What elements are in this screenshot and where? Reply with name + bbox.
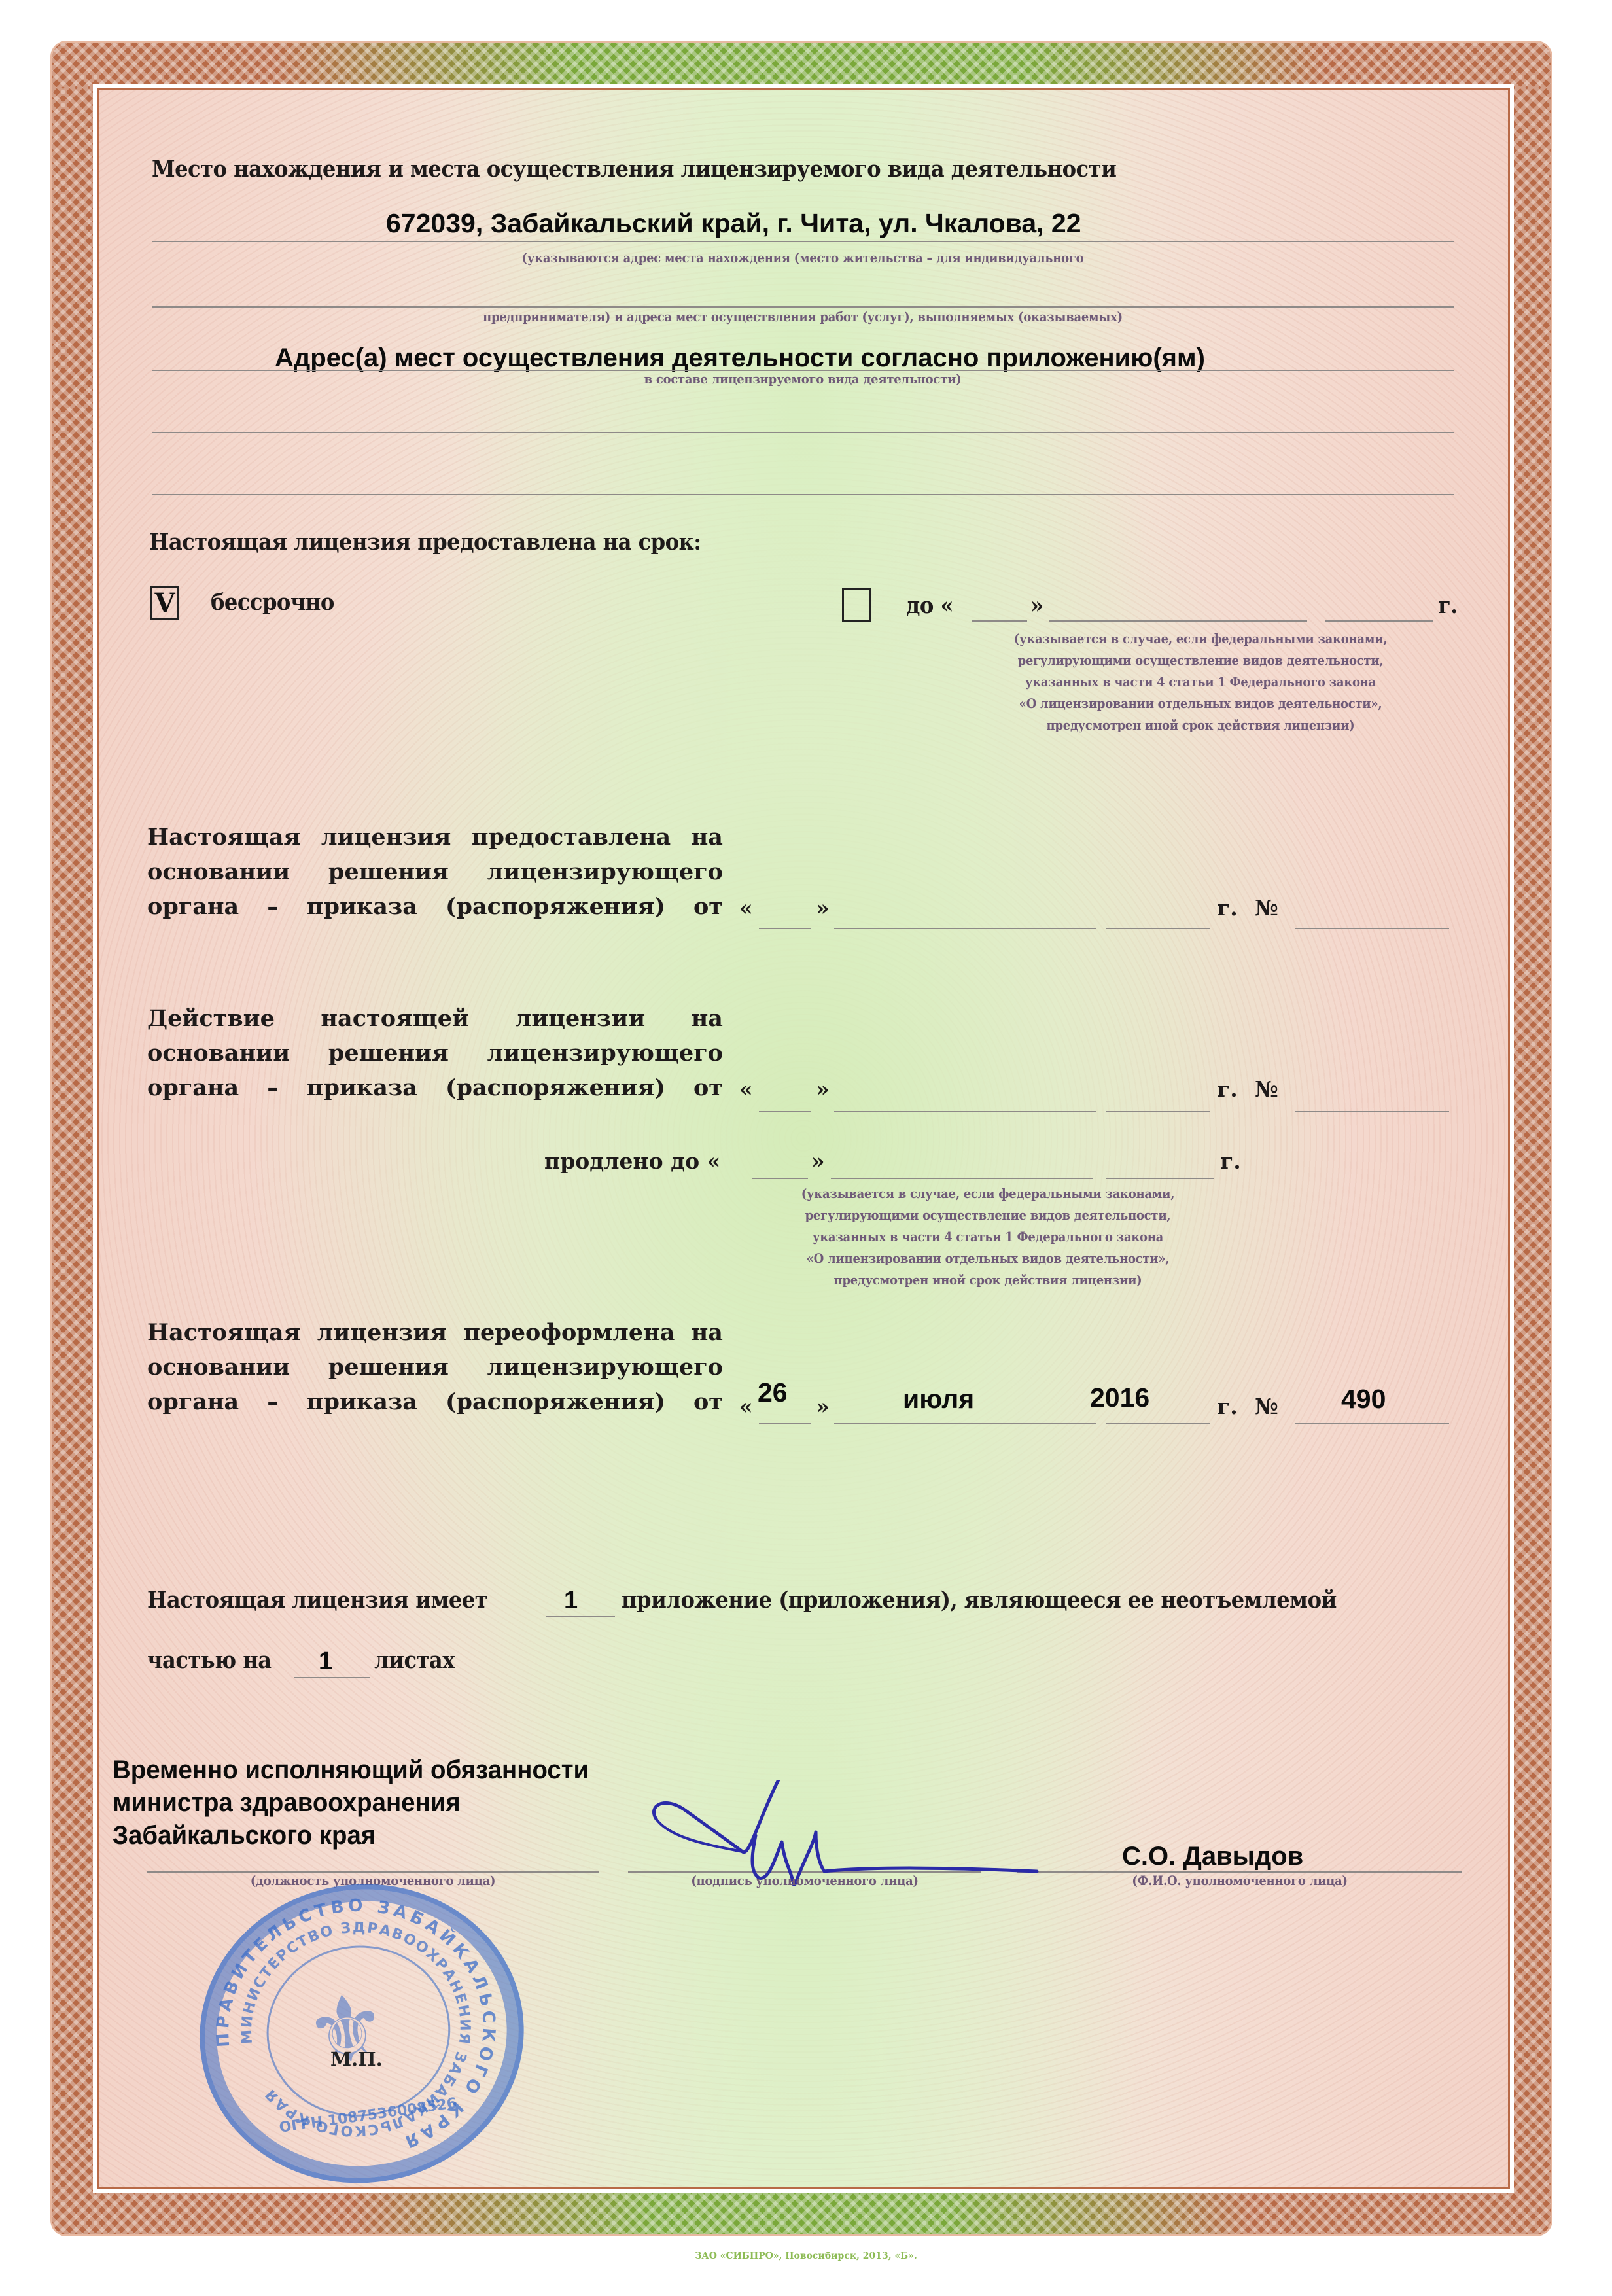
unlimited-checkbox[interactable]: V xyxy=(150,586,179,620)
extended-month-rule xyxy=(831,1178,1093,1179)
term-hint-line: предусмотрен иной срок действия лицензии… xyxy=(980,715,1422,736)
term-hint-line: (указывается в случае, если федеральными… xyxy=(980,628,1422,650)
extension-year-rule xyxy=(1106,1111,1210,1112)
extension-number-sign: № xyxy=(1255,1076,1278,1102)
extension-basis-line: органа – приказа (распоряжения) от xyxy=(147,1070,723,1105)
license-page: Место нахождения и места осуществления л… xyxy=(0,0,1612,2296)
sheet-count-rule xyxy=(294,1677,370,1678)
until-checkbox[interactable] xyxy=(842,588,871,622)
extended-day-rule xyxy=(752,1178,808,1179)
granted-year-rule xyxy=(1106,928,1210,929)
until-quote-close: » xyxy=(1030,592,1043,619)
until-day-rule xyxy=(972,620,1027,622)
until-year-rule xyxy=(1325,620,1433,622)
until-year-suffix: г. xyxy=(1438,592,1458,619)
extension-quote-close: » xyxy=(816,1076,830,1102)
appendix-line1-suffix: приложение (приложения), являющееся ее н… xyxy=(622,1587,1337,1614)
granted-basis-line: основании решения лицензирующего xyxy=(147,855,723,889)
term-hint: (указывается в случае, если федеральными… xyxy=(980,628,1422,736)
address-rule xyxy=(152,241,1454,242)
extended-quote-close: » xyxy=(811,1148,825,1174)
activity-hint: в составе лицензируемого вида деятельнос… xyxy=(217,368,1389,390)
reissue-number: 490 xyxy=(1341,1384,1386,1415)
appendix-line2-suffix: листах xyxy=(374,1647,455,1674)
granted-basis-label: Настоящая лицензия предоставлена на осно… xyxy=(147,820,723,924)
reissue-quote-open: « xyxy=(739,1394,753,1419)
extended-year-rule xyxy=(1106,1178,1214,1179)
reissue-basis-label: Настоящая лицензия переоформлена на осно… xyxy=(147,1315,723,1419)
sheet-count: 1 xyxy=(319,1648,332,1676)
extended-until-label: продлено до « xyxy=(544,1148,720,1174)
reissue-year: 2016 xyxy=(1090,1383,1149,1413)
address-hint-1: (указываются адрес места нахождения (мес… xyxy=(217,247,1389,269)
appendix-count: 1 xyxy=(564,1587,578,1615)
granted-number-sign: № xyxy=(1255,895,1278,921)
extension-basis-line: Действие настоящей лицензии на xyxy=(147,1001,723,1036)
printer-imprint: ЗАО «СИБПРО», Новосибирск, 2013, «Б». xyxy=(0,2251,1612,2261)
seal-label: М.П. xyxy=(330,2048,383,2070)
reissue-day: 26 xyxy=(758,1377,788,1408)
reissue-day-rule xyxy=(759,1423,811,1424)
term-hint-line: «О лицензировании отдельных видов деятел… xyxy=(980,693,1422,715)
extension-month-rule xyxy=(834,1111,1096,1112)
address-value: 672039, Забайкальский край, г. Чита, ул.… xyxy=(386,208,1081,239)
extension-quote-open: « xyxy=(739,1076,753,1102)
reissue-quote-close: » xyxy=(816,1394,830,1419)
location-heading: Место нахождения и места осуществления л… xyxy=(152,156,1116,183)
eagle-emblem-icon: ⚜ xyxy=(298,1971,394,2089)
granted-quote-close: » xyxy=(816,895,830,921)
signatory-position-line: министра здравоохранения xyxy=(113,1786,589,1819)
granted-quote-open: « xyxy=(739,895,753,921)
until-month-rule xyxy=(1049,620,1307,622)
reissue-basis-line: органа – приказа (распоряжения) от xyxy=(147,1385,723,1419)
extended-year-suffix: г. xyxy=(1220,1148,1241,1174)
name-hint: (Ф.И.О. уполномоченного лица) xyxy=(1040,1870,1440,1892)
signature-hint: (подпись уполномоченного лица) xyxy=(646,1870,964,1892)
term-hint-line: регулирующими осуществление видов деятел… xyxy=(980,650,1422,671)
until-label: до « xyxy=(906,592,953,619)
granted-day-rule xyxy=(759,928,811,929)
reissue-year-suffix: г. xyxy=(1217,1394,1238,1419)
extension-day-rule xyxy=(759,1111,811,1112)
extension-number-rule xyxy=(1295,1111,1449,1112)
signatory-position-line: Временно исполняющий обязанности xyxy=(113,1754,589,1786)
extension-hint-line: «О лицензировании отдельных видов деятел… xyxy=(764,1248,1212,1269)
blank-rule-1 xyxy=(152,432,1454,433)
reissue-basis-line: Настоящая лицензия переоформлена на xyxy=(147,1315,723,1350)
reissue-month: июля xyxy=(903,1384,974,1415)
signatory-name: С.О. Давыдов xyxy=(1122,1842,1303,1871)
reissue-basis-line: основании решения лицензирующего xyxy=(147,1350,723,1385)
signatory-position: Временно исполняющий обязанности министр… xyxy=(113,1754,589,1852)
extension-hint-line: регулирующими осуществление видов деятел… xyxy=(764,1205,1212,1226)
extension-hint-line: (указывается в случае, если федеральными… xyxy=(764,1183,1212,1205)
reissue-month-rule xyxy=(834,1423,1096,1424)
granted-month-rule xyxy=(834,928,1096,929)
term-heading: Настоящая лицензия предоставлена на срок… xyxy=(149,529,701,556)
granted-number-rule xyxy=(1295,928,1449,929)
extension-hint-line: указанных в части 4 статьи 1 Федеральног… xyxy=(764,1226,1212,1248)
term-hint-line: указанных в части 4 статьи 1 Федеральног… xyxy=(980,671,1422,693)
unlimited-label: бессрочно xyxy=(211,589,334,616)
reissue-year-rule xyxy=(1106,1423,1210,1424)
extension-hint-line: предусмотрен иной срок действия лицензии… xyxy=(764,1269,1212,1291)
address-hint-2: предпринимателя) и адреса мест осуществл… xyxy=(217,306,1389,328)
appendix-count-rule xyxy=(546,1616,615,1617)
appendix-line2-prefix: частью на xyxy=(147,1647,272,1674)
extension-hint: (указывается в случае, если федеральными… xyxy=(764,1183,1212,1291)
reissue-number-rule xyxy=(1295,1423,1449,1424)
extension-basis-label: Действие настоящей лицензии на основании… xyxy=(147,1001,723,1105)
extension-year-suffix: г. xyxy=(1217,1076,1238,1102)
blank-rule-2 xyxy=(152,494,1454,495)
granted-basis-line: Настоящая лицензия предоставлена на xyxy=(147,820,723,855)
signatory-position-line: Забайкальского края xyxy=(113,1819,589,1852)
check-mark: V xyxy=(154,588,175,618)
appendix-line1-prefix: Настоящая лицензия имеет xyxy=(147,1587,487,1614)
reissue-number-sign: № xyxy=(1255,1394,1278,1419)
granted-basis-line: органа – приказа (распоряжения) от xyxy=(147,889,723,924)
official-stamp: ПРАВИТЕЛЬСТВО ЗАБАЙКАЛЬСКОГО КРАЯ МИНИСТ… xyxy=(181,1863,544,2204)
extension-basis-line: основании решения лицензирующего xyxy=(147,1036,723,1070)
granted-year-suffix: г. xyxy=(1217,895,1238,921)
